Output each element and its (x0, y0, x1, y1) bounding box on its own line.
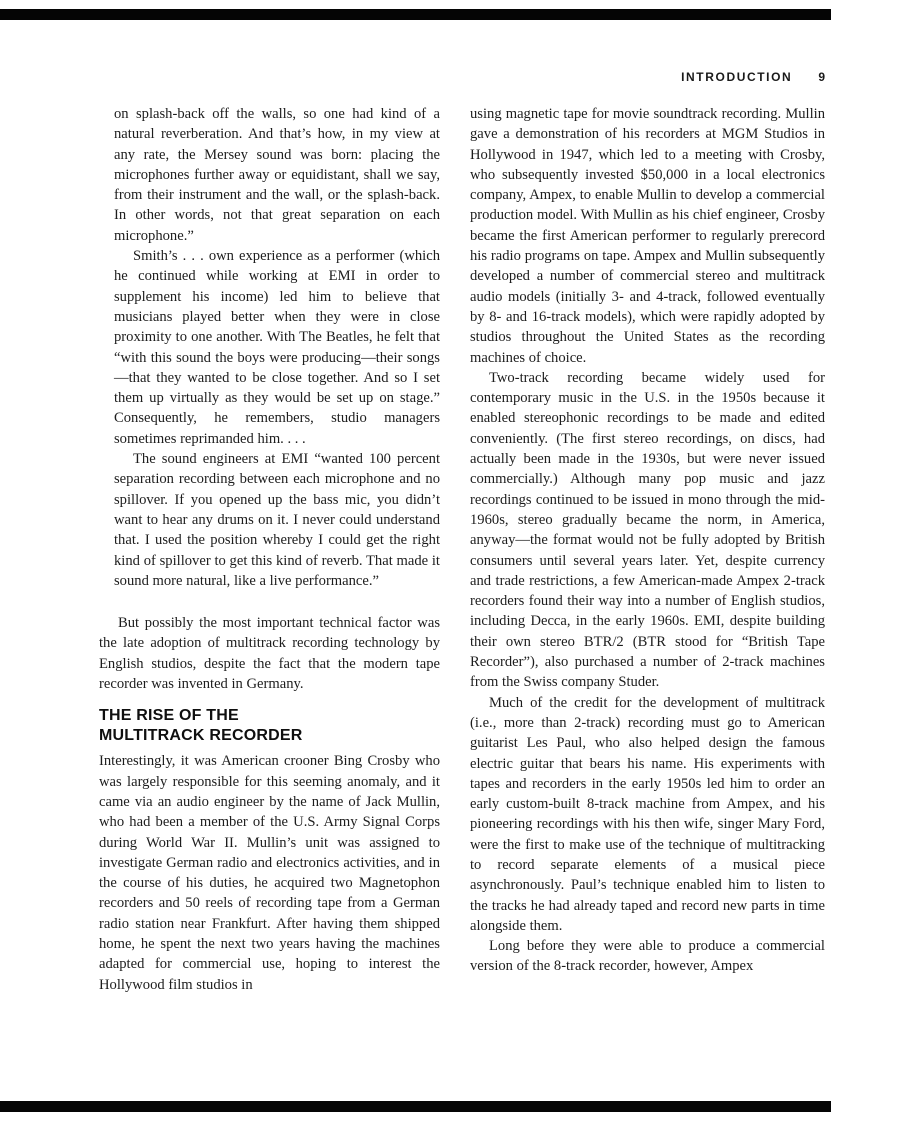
text-column-left: on splash-back off the walls, so one had… (99, 104, 440, 995)
scan-artifact-bar-top (0, 9, 831, 20)
body-paragraph: Much of the credit for the development o… (470, 693, 825, 937)
book-page-scan: INTRODUCTION9 on splash-back off the wal… (0, 0, 900, 1126)
block-quote-paragraph: Smith’s . . . own experience as a perfor… (114, 246, 440, 449)
text-columns: on splash-back off the walls, so one had… (99, 104, 825, 995)
section-heading: THE RISE OF THEMULTITRACK RECORDER (99, 706, 440, 745)
running-header-section: INTRODUCTION (681, 70, 792, 84)
page-number: 9 (818, 70, 825, 84)
body-paragraph: using magnetic tape for movie soundtrack… (470, 104, 825, 368)
block-quote-paragraph: on splash-back off the walls, so one had… (114, 104, 440, 246)
section-heading-line: THE RISE OF THE (99, 706, 440, 726)
body-paragraph: Long before they were able to produce a … (470, 936, 825, 977)
block-quote-paragraph: The sound engineers at EMI “wanted 100 p… (114, 449, 440, 591)
body-paragraph: Interestingly, it was American crooner B… (99, 751, 440, 995)
body-paragraph: But possibly the most important technica… (99, 613, 440, 694)
scan-artifact-bar-bottom (0, 1101, 831, 1112)
body-paragraph: Two-track recording became widely used f… (470, 368, 825, 693)
text-column-right: using magnetic tape for movie soundtrack… (470, 104, 825, 995)
section-heading-line: MULTITRACK RECORDER (99, 726, 440, 746)
running-header: INTRODUCTION9 (471, 70, 825, 84)
